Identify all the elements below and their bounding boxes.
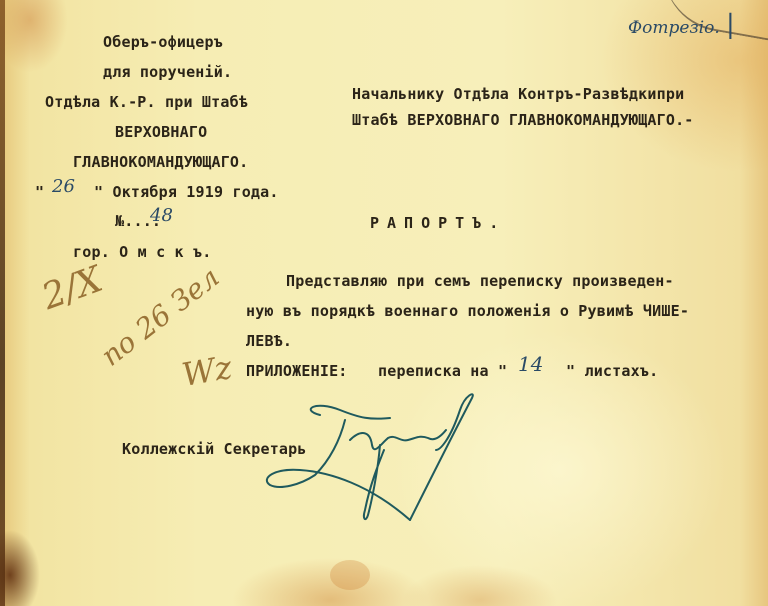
margin-note-3: Wz bbox=[179, 348, 235, 394]
attachment-sheets-handwritten: 14 bbox=[518, 352, 543, 376]
sender-line-1: Оберъ-офицеръ bbox=[103, 33, 223, 51]
date-suffix: " Октября 1919 года. bbox=[94, 183, 279, 201]
body-line-1: Представляю при семъ переписку произведе… bbox=[286, 272, 674, 290]
number-value-handwritten: 48 bbox=[150, 205, 173, 226]
signature-icon bbox=[260, 390, 480, 530]
paper-edge-stain bbox=[0, 0, 5, 606]
margin-note-1: 2/Х bbox=[37, 259, 108, 318]
body-line-3: ЛЕВѢ. bbox=[246, 332, 292, 350]
attachment-label: ПРИЛОЖЕНІЕ: bbox=[246, 362, 348, 380]
sender-line-4: ВЕРХОВНАГО bbox=[115, 123, 207, 141]
date-prefix: " bbox=[35, 183, 44, 201]
archive-mark-stroke: | bbox=[726, 10, 735, 40]
sender-line-5: ГЛАВНОКОМАНДУЮЩАГО. bbox=[73, 153, 248, 171]
recipient-line-2: Штабѣ ВЕРХОВНАГО ГЛАВНОКОМАНДУЮЩАГО.- bbox=[352, 111, 694, 129]
sender-line-2: для порученій. bbox=[103, 63, 232, 81]
document-page: Фотрезіо. | Оберъ-офицеръ для порученій.… bbox=[0, 0, 768, 606]
attachment-text-before: переписка на " bbox=[378, 362, 507, 380]
water-stain bbox=[330, 560, 370, 590]
archive-mark: Фотрезіо. bbox=[628, 18, 720, 38]
body-line-2: ную въ порядкѣ военнаго положенія о Руви… bbox=[246, 302, 689, 320]
date-day-handwritten: 26 bbox=[52, 176, 75, 197]
sender-line-3: Отдѣла К.-Р. при Штабѣ bbox=[45, 93, 248, 111]
recipient-line-1: Начальнику Отдѣла Контръ-Развѣдкипри bbox=[352, 85, 684, 103]
document-title: РАПОРТЪ. bbox=[370, 214, 506, 232]
attachment-text-after: " листахъ. bbox=[566, 362, 658, 380]
